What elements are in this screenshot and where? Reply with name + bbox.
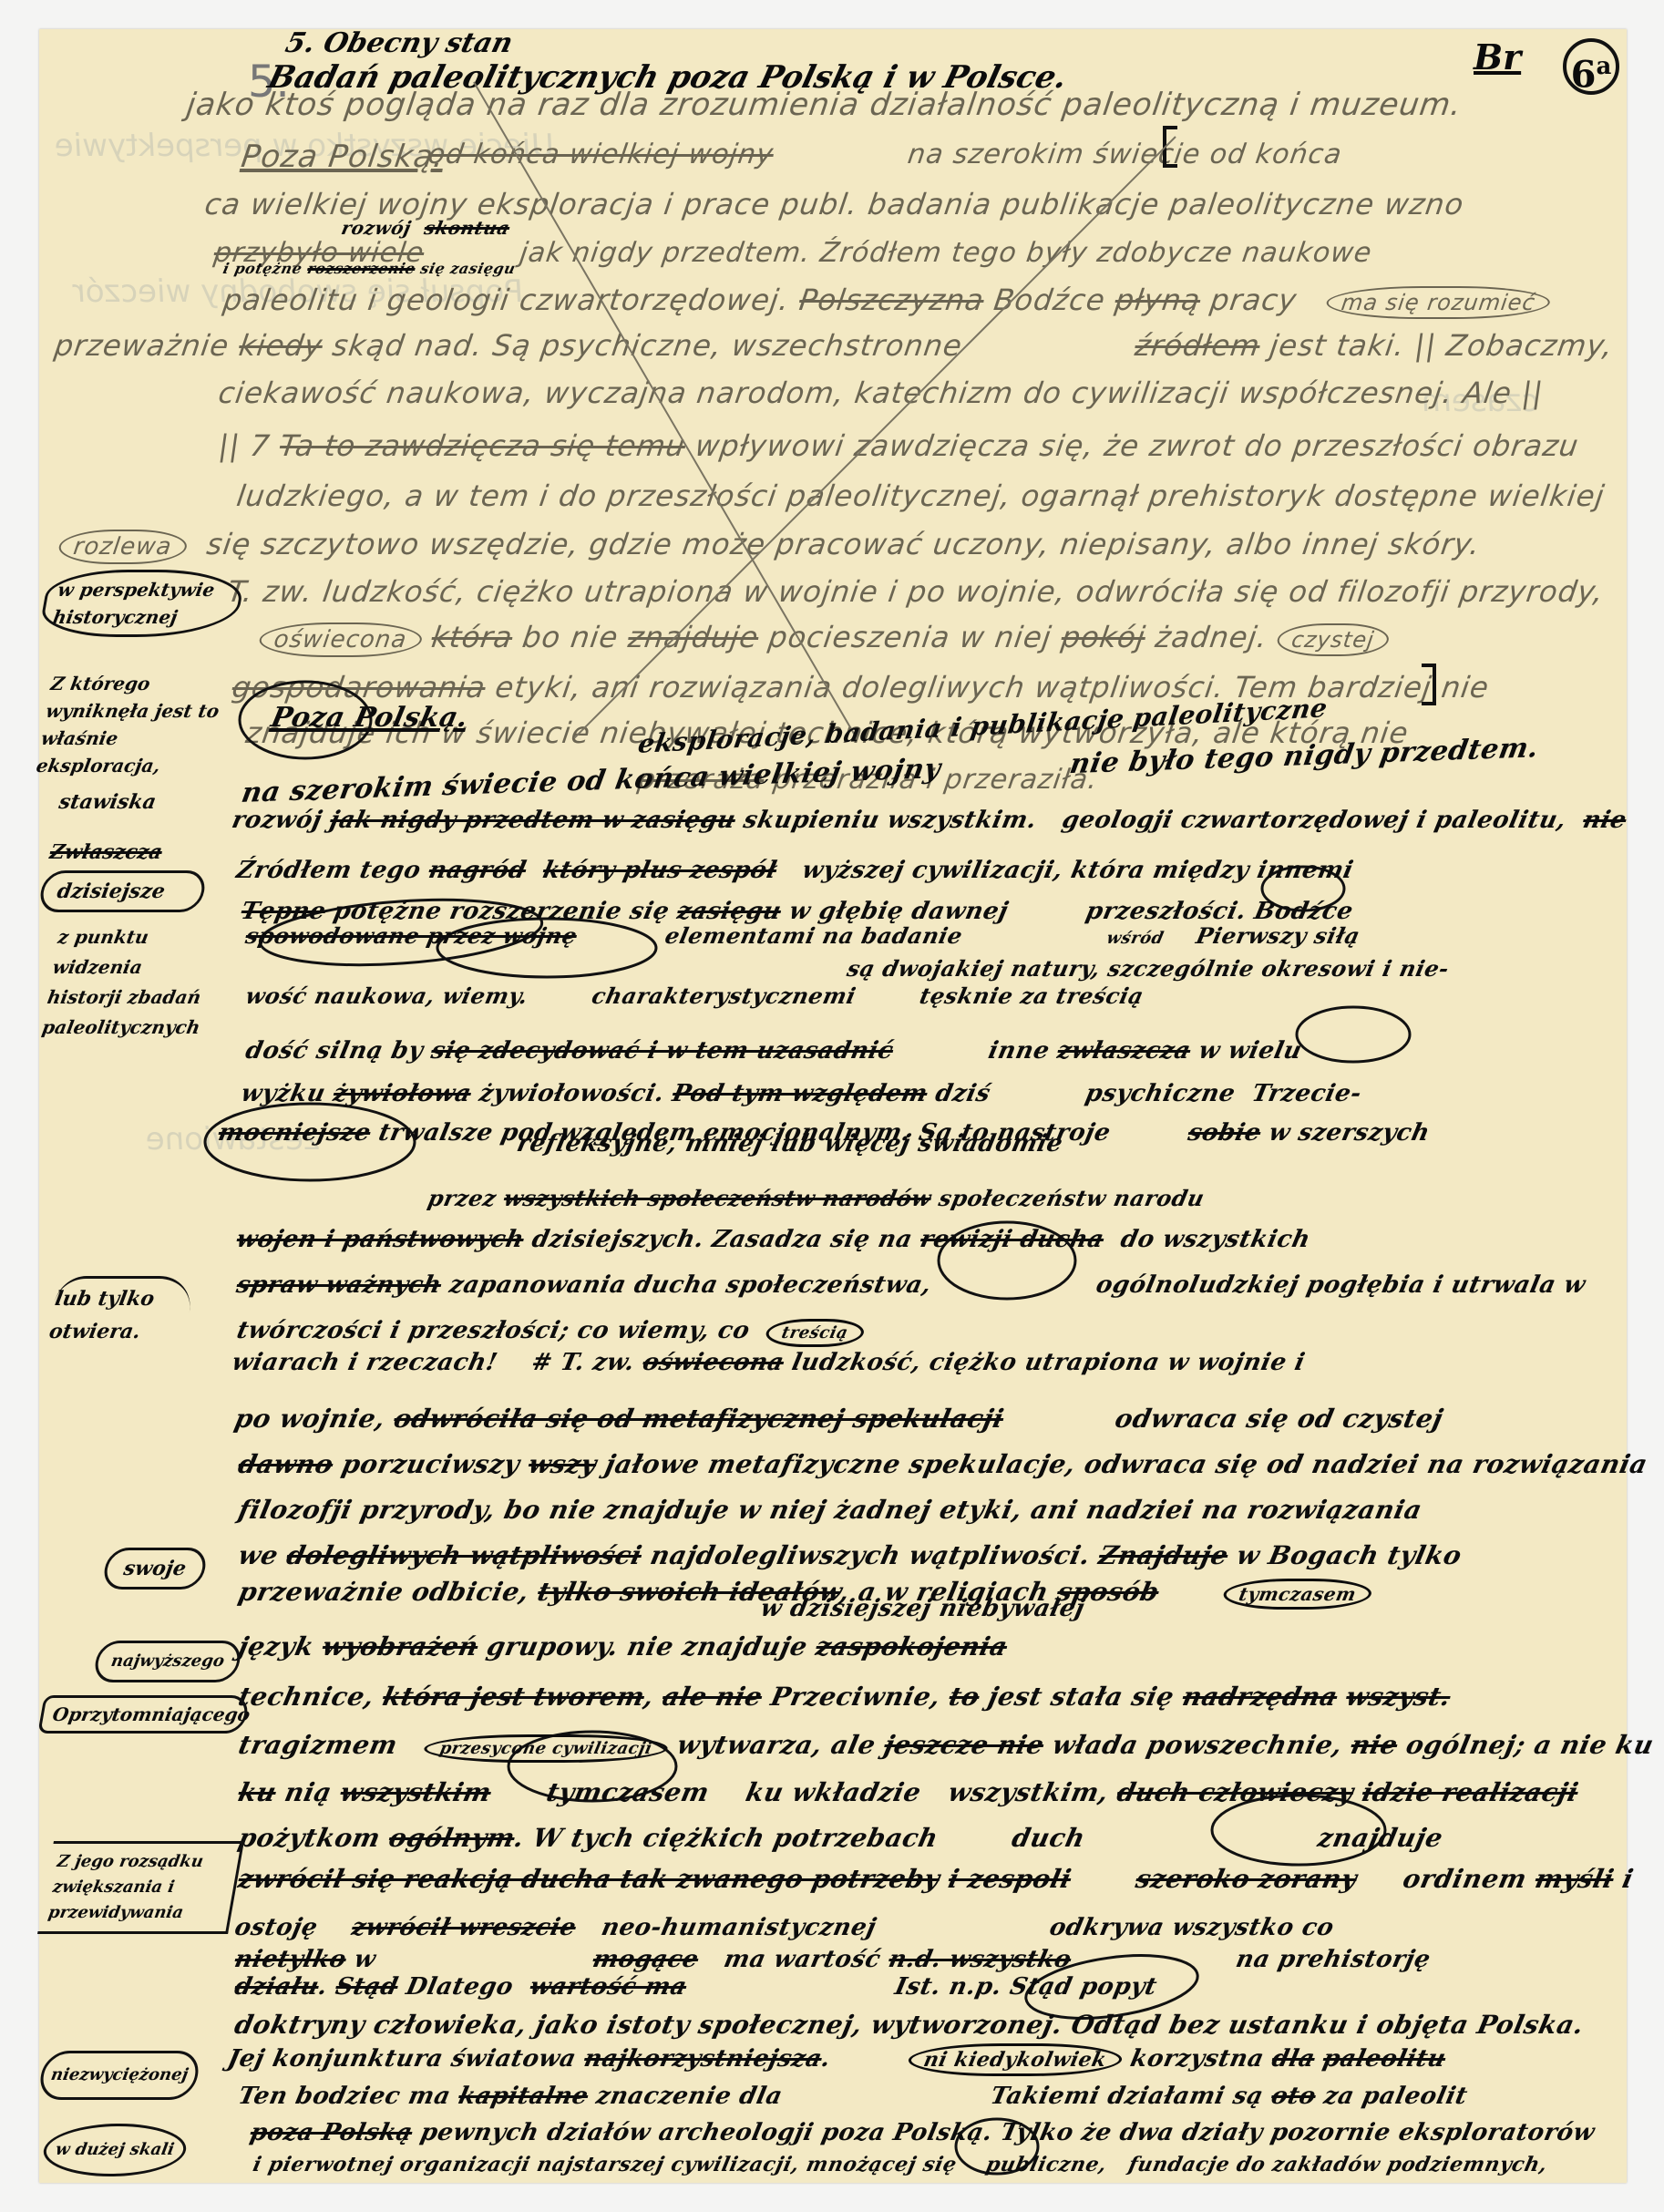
ink-line: technice, która jest tworem, ale nie Prz… bbox=[235, 1682, 1453, 1712]
ink-line: rozwój jak nigdy przedtem w zasięgu skup… bbox=[230, 807, 1629, 834]
pencil-line: T. zw. ludzkość, ciężko utrapiona w wojn… bbox=[225, 574, 1606, 609]
ink-line: dawno porzuciwszy wszy jałowe metafizycz… bbox=[235, 1449, 1650, 1479]
ink-line: zwrócił się reakcją ducha tak zwanego po… bbox=[235, 1864, 1636, 1894]
ink-line: wiarach i rzeczach! # T. zw. oświecona l… bbox=[230, 1349, 1308, 1376]
ink-line: Źródłem tego nagród który plus zespół wy… bbox=[234, 857, 1356, 884]
pencil-heading: Poza Polską. bbox=[239, 139, 447, 175]
page-number: 6a bbox=[1563, 38, 1619, 95]
margin-note-boxed: Z jego rozsądku zwiększania i przewidywa… bbox=[37, 1841, 244, 1934]
ink-line: po wojnie, odwróciła się od metafizyczne… bbox=[231, 1404, 1445, 1434]
ink-line: wojen i państwowych dzisiejszych. Zasadz… bbox=[234, 1226, 1313, 1253]
ink-line: Ten bodziec ma kapitalne znaczenie dla T… bbox=[236, 2083, 1470, 2110]
ink-line: pożytkom ogólnym. W tych ciężkich potrze… bbox=[235, 1823, 1445, 1853]
ink-line: refleksyjne, mniej lub więcej świadomie bbox=[236, 1130, 1065, 1157]
ink-line: ostoję zwrócił wreszcie neo-humanistyczn… bbox=[232, 1914, 1337, 1941]
ink-heading: Poza Polską. bbox=[268, 702, 471, 734]
ink-line: filozofji przyrody, bo nie znajduje w ni… bbox=[235, 1495, 1424, 1525]
pencil-line: paleolitu i geologii czwartorzędowej. Po… bbox=[221, 283, 1553, 319]
ink-line: Tępne potężne rozszerzenie się zasięgu w… bbox=[239, 898, 1356, 925]
ink-line: wyżku żywiołowa żywiołowości. Pod tym wz… bbox=[239, 1080, 1364, 1107]
bracket-open bbox=[1163, 126, 1177, 168]
margin-note-circled: niezwyciężonej bbox=[36, 2051, 202, 2100]
margin-note-circled: swoje bbox=[101, 1548, 209, 1590]
pencil-line: ciekawość naukowa, wyczajna narodom, kat… bbox=[216, 376, 1546, 410]
ink-line: w dzisiejszej niebywałej bbox=[236, 1595, 1087, 1622]
ink-line: dość silną by się zdecydować i w tem uza… bbox=[243, 1037, 1305, 1065]
ink-line: wość naukowa, wiemy. charakterystycznemi… bbox=[243, 983, 1146, 1009]
pencil-line: rozlewa się szczytowo wszędzie, gdzie mo… bbox=[56, 527, 1483, 564]
author-mark: Br bbox=[1474, 36, 1521, 77]
pencil-line: ludzkiego, a w tem i do przeszłości pale… bbox=[234, 478, 1607, 513]
bracket-close bbox=[1422, 664, 1436, 705]
pencil-line: || 7 Ta to zawdzięcza się temu wpływowi … bbox=[216, 428, 1581, 463]
ink-line: spraw ważnych zapanowania ducha społecze… bbox=[234, 1271, 1588, 1299]
ink-line: język wyobrażeń grupowy. nie znajduje za… bbox=[235, 1631, 1206, 1662]
ink-insert: rozwój skontua bbox=[339, 217, 511, 239]
margin-note: stawiska bbox=[56, 784, 159, 820]
margin-note-circled: Oprzytomniającego bbox=[37, 1695, 250, 1734]
ink-line: doktryny człowieka, jako istoty społeczn… bbox=[231, 2010, 1587, 2040]
ink-line: i pierwotnej organizacji najstarszej cyw… bbox=[251, 2153, 1549, 2176]
margin-note-circled: dzisiejsze bbox=[37, 870, 208, 912]
ink-line: spowodowane przez wojnę elementami na ba… bbox=[243, 922, 1362, 949]
ink-line: nietylko w mogące ma wartość n.d. wszyst… bbox=[232, 1946, 1433, 1973]
ink-insert: i potężne rozszerzenie się zasięgu bbox=[221, 260, 518, 277]
margin-note: z punktu widzenia historji zbadań paleol… bbox=[39, 922, 224, 1043]
ink-line: Jej konjunktura światowa najkorzystniejs… bbox=[224, 2043, 1449, 2076]
margin-note-struck: Zwłaszcza bbox=[46, 834, 165, 870]
section-subtitle: 5. Obecny stan bbox=[282, 27, 517, 59]
pencil-line: oświecona która bo nie znajduje pociesze… bbox=[257, 620, 1392, 657]
margin-note-circled: najwyższego bbox=[92, 1641, 243, 1682]
ink-line: działu. Stąd Dlatego wartość ma Ist. n.p… bbox=[232, 1973, 1160, 2001]
pencil-line: od końca wielkiej wojny na szerokim świe… bbox=[426, 139, 1344, 170]
ink-line: twórczości i przeszłości; co wiemy, co t… bbox=[233, 1317, 867, 1347]
ink-line: są dwojakiej natury, szczególnie okresow… bbox=[845, 955, 1452, 982]
pencil-line: przeważnie kiedy skąd nad. Są psychiczne… bbox=[52, 328, 1615, 363]
ink-line: poza Polską pewnych działów archeologji … bbox=[248, 2119, 1597, 2146]
margin-note: Z którego wyniknęła jest to właśnie eksp… bbox=[34, 670, 235, 779]
ink-line: tragizmem przesycone cywilizacji wytwarz… bbox=[235, 1730, 1657, 1763]
pencil-line: jako ktoś pogląda na raz dla zrozumienia… bbox=[184, 87, 1464, 123]
ink-line: we dolegliwych wątpliwości najdolegliwsz… bbox=[235, 1540, 1464, 1570]
margin-note-circled: lub tylko otwiera. bbox=[46, 1276, 196, 1348]
ink-line: przez wszystkich społeczeństw narodów sp… bbox=[426, 1185, 1207, 1211]
ink-line: ku nią wszystkim tymczasem ku wkładzie w… bbox=[235, 1777, 1581, 1807]
